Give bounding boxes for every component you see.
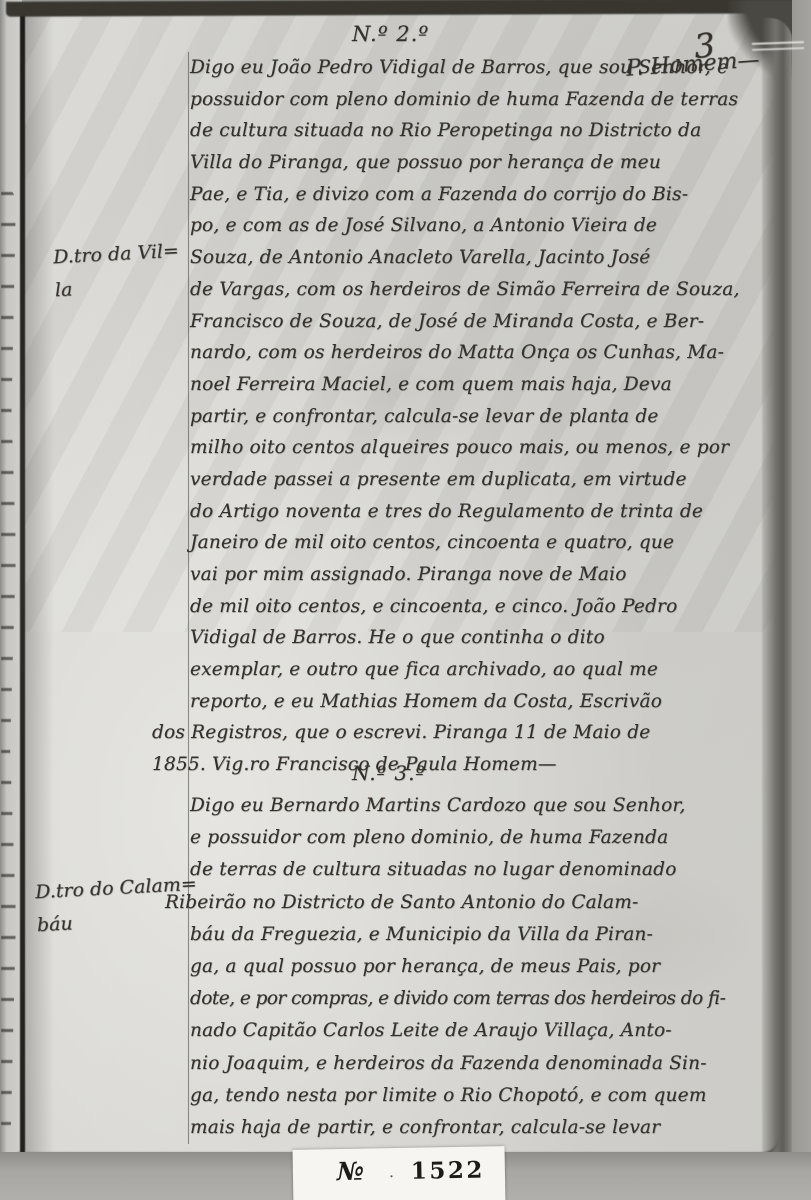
manuscript-line: ga, a qual possuo por herança, de meus P… [190,956,780,988]
numero-separator: . [389,1162,394,1181]
manuscript-line: reporto, e eu Mathias Homem da Costa, Es… [190,691,780,723]
manuscript-line: Janeiro de mil oito centos, cincoenta e … [190,532,780,564]
manuscript-line: partir, e confrontar, calcula-se levar d… [190,406,780,438]
manuscript-line: noel Ferreira Maciel, e com quem mais ha… [190,374,780,406]
manuscript-line: de Vargas, com os herdeiros de Simão Fer… [190,279,780,311]
archive-number-sticker: № . 1522 [293,1146,506,1200]
scan-right-background [792,0,811,1200]
archive-number: 1522 [411,1157,485,1185]
manuscript-line: 1855. Vig.ro Francisco de Paula Homem— [152,754,780,786]
manuscript-line: báu da Freguezia, e Municipio da Villa d… [190,924,780,956]
manuscript-line: de mil oito centos, e cincoenta, e cinco… [190,596,780,628]
gutter-shadow [24,14,54,1154]
manuscript-line: Vidigal de Barros. He o que continha o d… [190,627,780,659]
manuscript-line: Ribeirão no Districto de Santo Antonio d… [165,892,780,924]
manuscript-line: Francisco de Souza, de José de Miranda C… [190,311,780,343]
manuscript-line: nado Capitão Carlos Leite de Araujo Vill… [190,1020,780,1052]
manuscript-line: Pae, e Tia, e divizo com a Fazenda do co… [190,184,780,216]
margin-note-line: la [54,268,181,308]
manuscript-line: nio Joaquim, e herdeiros da Fazenda deno… [190,1053,780,1085]
numero-symbol: № [337,1157,365,1186]
manuscript-line: po, e com as de José Silvano, a Antonio … [190,215,780,247]
manuscript-line: possuidor com pleno dominio de huma Faze… [190,89,780,121]
manuscript-line: Souza, de Antonio Anacleto Varella, Jaci… [190,247,780,279]
manuscript-line: dos Registros, que o escrevi. Piranga 11… [152,722,780,754]
manuscript-line: Digo eu João Pedro Vidigal de Barros, qu… [190,57,780,89]
manuscript-line: de cultura situada no Rio Peropetinga no… [190,120,780,152]
scanned-register-page: N.º 2.º 3 P. Homem— D.tro da Vil= la Dig… [0,0,811,1200]
illegible-embossed-stamp [752,41,804,55]
entry-2-text-block: Digo eu João Pedro Vidigal de Barros, qu… [190,57,780,786]
manuscript-line: exemplar, e outro que fica archivado, ao… [190,659,780,691]
manuscript-line: vai por mim assignado. Piranga nove de M… [190,564,780,596]
manuscript-line: milho oito centos alqueires pouco mais, … [190,437,780,469]
manuscript-line: dote, e por compras, e divido com terras… [190,988,780,1020]
manuscript-line: do Artigo noventa e tres do Regulamento … [190,501,780,533]
manuscript-line: de terras de cultura situadas no lugar d… [190,859,780,891]
entry-3-text-block: Digo eu Bernardo Martins Cardozo que sou… [190,795,780,1149]
manuscript-line: ga, tendo nesta por limite o Rio Chopotó… [190,1085,780,1117]
margin-note-districto-da-villa: D.tro da Vil= la [52,235,181,307]
margin-rule-line [188,52,189,1144]
manuscript-line: verdade passei a presente em duplicata, … [190,469,780,501]
manuscript-line: e possuidor com pleno dominio, de huma F… [190,827,780,859]
entry-3-header: N.º 3.º [352,761,426,785]
entry-2-header: N.º 2.º [352,22,429,46]
manuscript-line: nardo, com os herdeiros do Matta Onça os… [190,342,780,374]
manuscript-line: Villa do Piranga, que possuo por herança… [190,152,780,184]
margin-note-line: D.tro da Vil= [52,235,179,275]
manuscript-line: Digo eu Bernardo Martins Cardozo que sou… [190,795,780,827]
